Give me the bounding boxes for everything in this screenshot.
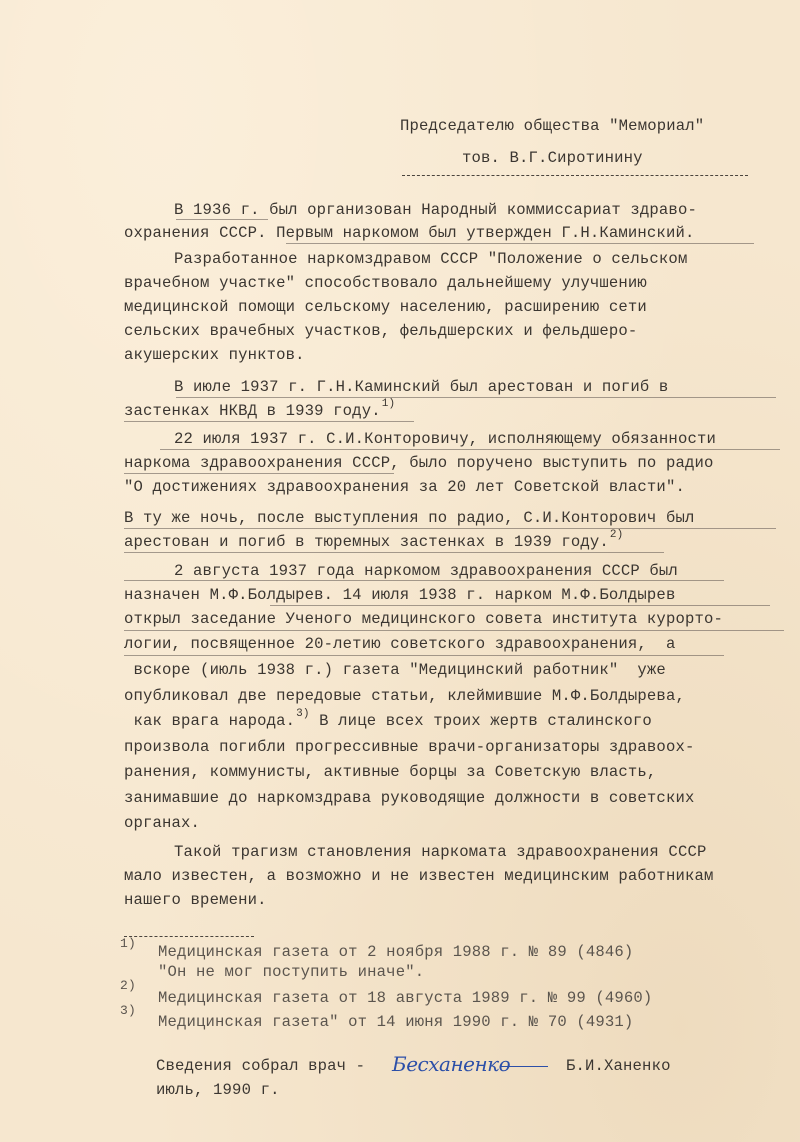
- pencil-underline: [124, 655, 724, 656]
- body-line: ранения, коммунисты, активные борцы за С…: [124, 762, 656, 782]
- body-line: произвола погибли прогрессивные врачи-ор…: [124, 737, 694, 757]
- body-line: застенках НКВД в 1939 году.1): [124, 401, 395, 423]
- collected-by-label: Сведения собрал врач -: [156, 1056, 365, 1076]
- body-line-text: В лице всех троих жертв сталинского: [310, 712, 652, 730]
- footnote-divider: [124, 936, 254, 937]
- body-line: арестован и погиб в тюремных застенках в…: [124, 532, 623, 554]
- footnote-text: Медицинская газета от 2 ноября 1988 г. №…: [158, 942, 633, 962]
- body-line: занимавшие до наркомздрава руководящие д…: [124, 788, 694, 808]
- body-line: органах.: [124, 813, 200, 833]
- body-line: "О достижениях здравоохранения за 20 лет…: [124, 477, 685, 497]
- body-line: назначен М.Ф.Болдырев. 14 июля 1938 г. н…: [124, 585, 675, 605]
- body-line: В 1936 г. был организован Народный комми…: [136, 200, 697, 220]
- footnote-ref-3: 3): [296, 708, 310, 720]
- addressee-line-1: Председателю общества "Мемориал": [400, 116, 704, 136]
- footnote-ref-1: 1): [382, 398, 396, 410]
- signatory-name: Б.И.Ханенко: [566, 1056, 671, 1076]
- pencil-underline: [124, 421, 414, 422]
- body-line: нашего времени.: [124, 890, 267, 910]
- body-line: открыл заседание Ученого медицинского со…: [124, 609, 723, 629]
- pencil-underline: [124, 552, 664, 553]
- pencil-underline: [176, 219, 268, 220]
- body-line: В июле 1937 г. Г.Н.Каминский был арестов…: [136, 377, 668, 397]
- pencil-underline: [176, 397, 776, 398]
- body-line: 22 июля 1937 г. С.И.Конторовичу, исполня…: [136, 429, 716, 449]
- body-line-text: арестован и погиб в тюремных застенках в…: [124, 533, 609, 551]
- footnote-mark: 3): [120, 1001, 136, 1021]
- footnote-text: "Он не мог поступить иначе".: [158, 962, 424, 982]
- pencil-underline: [124, 580, 724, 581]
- signature-stroke: [500, 1066, 548, 1067]
- body-line-text: как врага народа.: [124, 712, 295, 730]
- body-line: Разработанное наркомздравом СССР "Положе…: [136, 249, 687, 269]
- footnote-text: Медицинская газета" от 14 июня 1990 г. №…: [158, 1012, 633, 1032]
- body-line: охранения СССР. Первым наркомом был утве…: [124, 223, 694, 243]
- body-line: сельских врачебных участков, фельдшерски…: [124, 321, 637, 341]
- pencil-underline: [124, 473, 394, 474]
- body-line: мало известен, а возможно и не известен …: [124, 866, 713, 886]
- body-line-text: застенках НКВД в 1939 году.: [124, 402, 381, 420]
- document-date: июль, 1990 г.: [156, 1080, 280, 1100]
- body-line: врачебном участке" способствовало дальне…: [124, 273, 647, 293]
- body-line: 2 августа 1937 года наркомом здравоохран…: [136, 561, 678, 581]
- body-line: В ту же ночь, после выступления по радио…: [124, 508, 694, 528]
- header-divider: [402, 175, 748, 176]
- body-line: акушерских пунктов.: [124, 345, 305, 365]
- pencil-underline: [286, 243, 754, 244]
- document-page: Председателю общества "Мемориал" тов. В.…: [0, 0, 800, 1142]
- body-line: Такой трагизм становления наркомата здра…: [136, 842, 706, 862]
- footnote-text: Медицинская газета от 18 августа 1989 г.…: [158, 988, 652, 1008]
- pencil-underline: [124, 630, 784, 631]
- body-line: опубликовал две передовые статьи, клейми…: [124, 686, 685, 706]
- footnote-mark: 1): [120, 934, 136, 954]
- pencil-underline: [124, 528, 776, 529]
- body-line: как врага народа.3) В лице всех троих же…: [124, 711, 652, 733]
- addressee-line-2: тов. В.Г.Сиротинину: [462, 148, 643, 168]
- footnote-ref-2: 2): [610, 529, 624, 541]
- body-line: наркома здравоохранения СССР, было поруч…: [124, 453, 713, 473]
- handwritten-signature: Бесханенко: [392, 1052, 510, 1076]
- footnote-mark: 2): [120, 976, 136, 996]
- body-line: вскоре (июль 1938 г.) газета "Медицински…: [124, 660, 666, 680]
- pencil-underline: [160, 449, 780, 450]
- body-line: логии, посвященное 20-летию советского з…: [124, 634, 675, 654]
- pencil-underline: [270, 605, 770, 606]
- body-line: медицинской помощи сельскому населению, …: [124, 297, 647, 317]
